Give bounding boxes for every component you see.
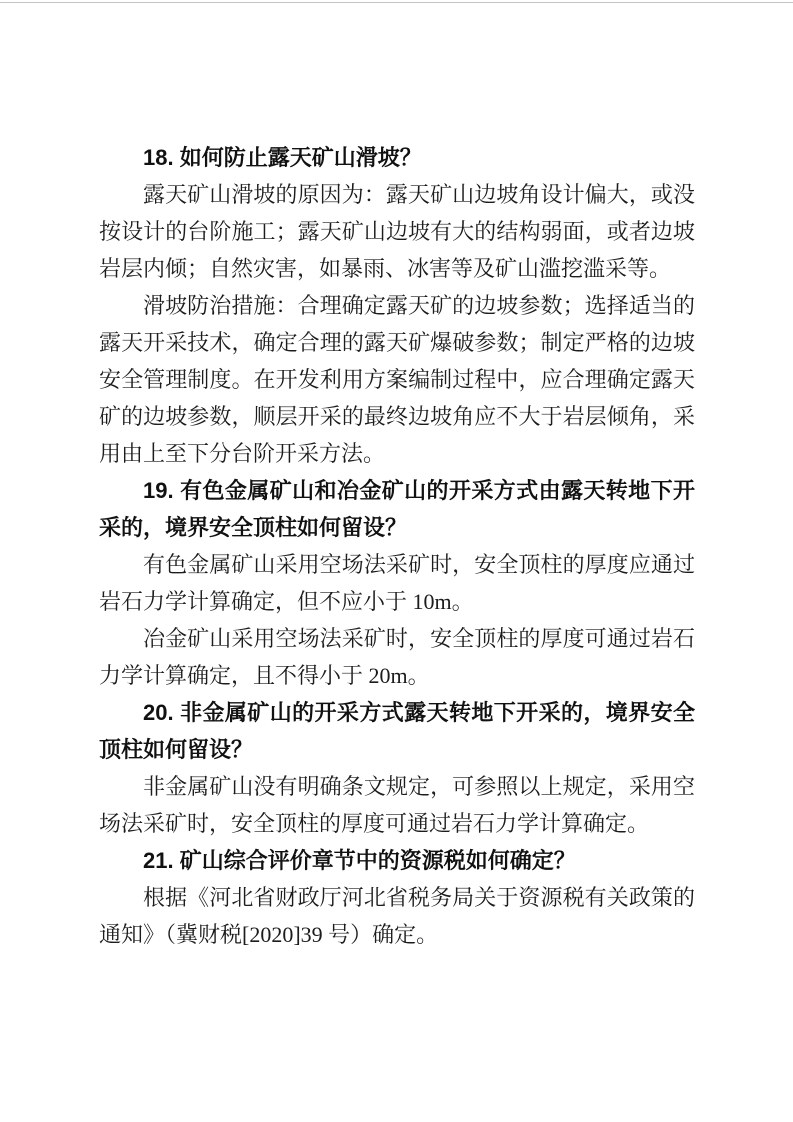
answer-paragraph: 冶金矿山采用空场法采矿时，安全顶柱的厚度可通过岩石力学计算确定，且不得小于 20… [99,620,695,694]
qa-section-18: 18. 如何防止露天矿山滑坡？ 露天矿山滑坡的原因为：露天矿山边坡角设计偏大，或… [99,139,695,472]
answer-paragraph: 露天矿山滑坡的原因为：露天矿山边坡角设计偏大，或没按设计的台阶施工；露天矿山边坡… [99,176,695,287]
document-page: 18. 如何防止露天矿山滑坡？ 露天矿山滑坡的原因为：露天矿山边坡角设计偏大，或… [0,0,793,1122]
qa-section-19: 19. 有色金属矿山和冶金矿山的开采方式由露天转地下开采的，境界安全顶柱如何留设… [99,472,695,694]
scan-edge-line [0,2,793,3]
question-heading-19: 19. 有色金属矿山和冶金矿山的开采方式由露天转地下开采的，境界安全顶柱如何留设… [99,472,695,546]
qa-section-21: 21. 矿山综合评价章节中的资源税如何确定？ 根据《河北省财政厅河北省税务局关于… [99,842,695,953]
qa-section-20: 20. 非金属矿山的开采方式露天转地下开采的，境界安全顶柱如何留设？ 非金属矿山… [99,694,695,842]
answer-paragraph: 非金属矿山没有明确条文规定，可参照以上规定，采用空场法采矿时，安全顶柱的厚度可通… [99,768,695,842]
page-text-block: 18. 如何防止露天矿山滑坡？ 露天矿山滑坡的原因为：露天矿山边坡角设计偏大，或… [99,139,695,953]
question-heading-20: 20. 非金属矿山的开采方式露天转地下开采的，境界安全顶柱如何留设？ [99,694,695,768]
question-heading-21: 21. 矿山综合评价章节中的资源税如何确定？ [99,842,695,879]
answer-paragraph: 滑坡防治措施：合理确定露天矿的边坡参数；选择适当的露天开采技术，确定合理的露天矿… [99,287,695,472]
answer-paragraph: 有色金属矿山采用空场法采矿时，安全顶柱的厚度应通过岩石力学计算确定，但不应小于 … [99,546,695,620]
answer-paragraph: 根据《河北省财政厅河北省税务局关于资源税有关政策的通知》（冀财税[2020]39… [99,879,695,953]
question-heading-18: 18. 如何防止露天矿山滑坡？ [99,139,695,176]
